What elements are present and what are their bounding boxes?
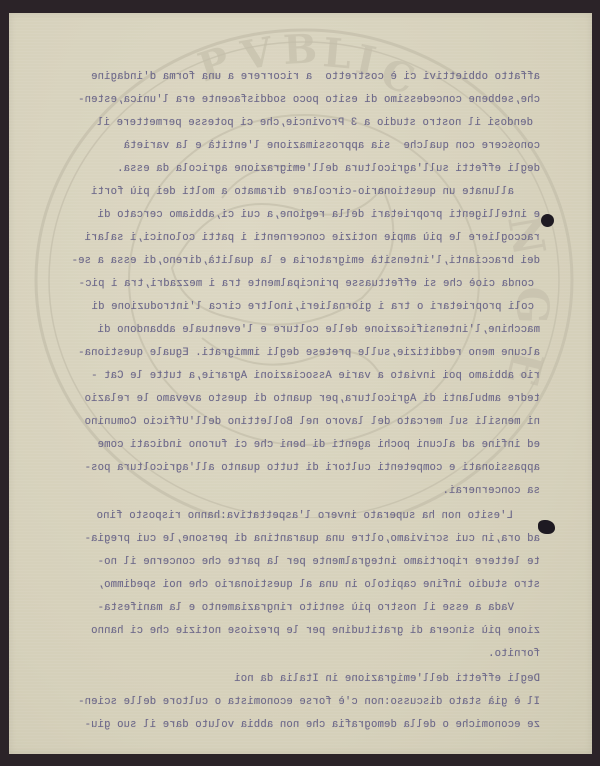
text-line: L'esito non ha superato invero l'aspetta… — [40, 508, 540, 524]
text-line: che,sebbene concedessimo di esito poco s… — [40, 92, 540, 108]
text-line: Il è già stato discusso:non c'è forse ec… — [40, 694, 540, 710]
text-line: appassionati e competenti cultori di tut… — [40, 460, 540, 476]
text-line: dei braccianti,l'intensità emigratoria e… — [40, 253, 540, 269]
text-line: fornito. — [40, 646, 540, 662]
text-line: degli effetti sull'agricoltura dell'emig… — [40, 161, 540, 177]
ink-dot — [541, 214, 554, 227]
text-line: coli proprietari o tra i giornalieri,ino… — [40, 299, 540, 315]
text-line: ze economiche o della demografia che non… — [40, 717, 540, 733]
text-line: rio abbiamo poi inviato a varie Associaz… — [40, 368, 540, 384]
text-line: zione più sincera di gratitudine per le … — [40, 623, 540, 639]
mirrored-typed-text: affatto obbiettivi ci è costretto a rico… — [0, 0, 600, 766]
text-line: ed infine ad alcuni pochi agenti di beni… — [40, 437, 540, 453]
text-line: e intelligenti proprietari della regione… — [40, 207, 540, 223]
text-line: dendosi il nostro studio a 3 Provincie,c… — [40, 115, 540, 131]
ink-blot — [538, 520, 555, 534]
text-line: stro studio infine capitolo in una al qu… — [40, 577, 540, 593]
text-line: raccogliere le più ampie notizie concern… — [40, 230, 540, 246]
text-line: Degli effetti dell'emigrazione in Italia… — [40, 671, 540, 687]
text-line: te lettere riportiamo integralmente per … — [40, 554, 540, 570]
text-line: ad ora,in cui scriviamo,oltre una quaran… — [40, 531, 540, 547]
text-line: alcune meno redditizie,sulle pretese deg… — [40, 345, 540, 361]
text-line: ni mensili sul mercato del lavoro nel Bo… — [40, 414, 540, 430]
text-line: sa concernerai. — [40, 483, 540, 499]
text-line: macchine,l'intensificazione delle coltur… — [40, 322, 540, 338]
text-line: tedre ambulanti di Agricoltura,per quant… — [40, 391, 540, 407]
text-line: Vada a esse il nostro più sentito ringra… — [40, 600, 540, 616]
text-line: conoscere con qualche sia approssimazion… — [40, 138, 540, 154]
text-line: allunate un questionario-circolare diram… — [40, 184, 540, 200]
text-line: conda cioè che si effettuasse principalm… — [40, 276, 540, 292]
text-line: affatto obbiettivi ci è costretto a rico… — [40, 69, 540, 85]
